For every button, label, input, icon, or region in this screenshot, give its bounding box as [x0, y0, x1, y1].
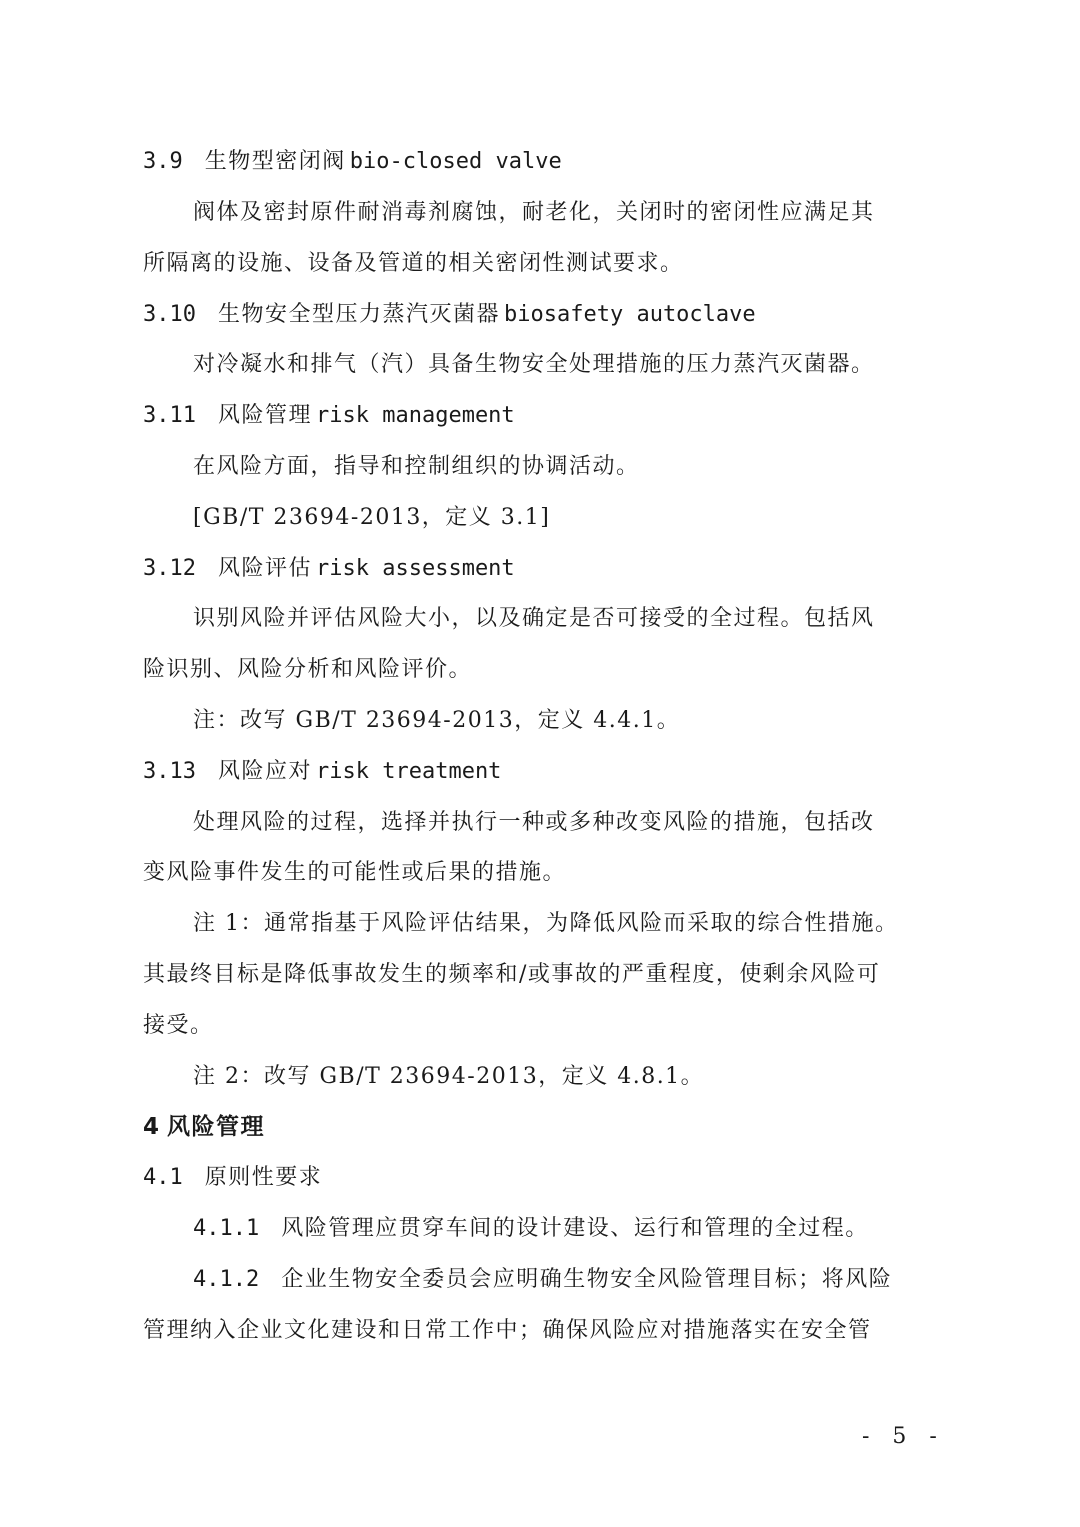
term-title-en: risk assessment: [316, 556, 515, 581]
subsection-number: 4.1: [143, 1163, 183, 1193]
term-heading-3-10: 3.10生物安全型压力蒸汽灭菌器biosafety autoclave: [143, 300, 943, 330]
note-line: 注 2：改写 GB/T 23694-2013，定义 4.8.1。: [193, 1062, 993, 1092]
paragraph-line: 所隔离的设施、设备及管道的相关密闭性测试要求。: [143, 249, 943, 279]
paragraph-line: 险识别、风险分析和风险评价。: [143, 655, 943, 685]
paragraph-line: 对冷凝水和排气（汽）具备生物安全处理措施的压力蒸汽灭菌器。: [193, 350, 993, 380]
subsection-heading: 4.1原则性要求: [143, 1163, 943, 1193]
note-line: 其最终目标是降低事故发生的频率和/或事故的严重程度，使剩余风险可: [143, 960, 943, 990]
note-line: 注 1：通常指基于风险评估结果，为降低风险而采取的综合性措施。: [193, 909, 993, 939]
term-title-zh: 生物型密闭阀: [205, 149, 346, 174]
term-title-zh: 风险应对: [218, 759, 312, 784]
clause-4-1-1: 4.1.1风险管理应贯穿车间的设计建设、运行和管理的全过程。: [193, 1214, 993, 1244]
term-number: 3.10: [143, 300, 196, 330]
paragraph-line: 管理纳入企业文化建设和日常工作中；确保风险应对措施落实在安全管: [143, 1316, 943, 1346]
term-title-zh: 生物安全型压力蒸汽灭菌器: [218, 302, 500, 327]
term-number: 3.9: [143, 147, 183, 177]
term-heading-3-11: 3.11风险管理risk management: [143, 401, 943, 431]
term-heading-3-13: 3.13风险应对risk treatment: [143, 757, 943, 787]
paragraph-line: 处理风险的过程，选择并执行一种或多种改变风险的措施，包括改: [193, 808, 993, 838]
subsection-title: 原则性要求: [205, 1165, 323, 1190]
term-title-en: bio-closed valve: [350, 149, 562, 174]
paragraph-line: 在风险方面，指导和控制组织的协调活动。: [193, 452, 993, 482]
reference-line: [GB/T 23694-2013，定义 3.1]: [193, 503, 993, 533]
note-line: 接受。: [143, 1011, 943, 1041]
clause-number: 4.1.1: [193, 1214, 259, 1244]
chapter-number: 4: [143, 1112, 159, 1142]
note-line: 注：改写 GB/T 23694-2013，定义 4.4.1。: [193, 706, 993, 736]
term-title-en: biosafety autoclave: [504, 302, 756, 327]
term-title-en: risk management: [316, 403, 515, 428]
paragraph-line: 阀体及密封原件耐消毒剂腐蚀，耐老化，关闭时的密闭性应满足其: [193, 198, 993, 228]
term-heading-3-9: 3.9生物型密闭阀bio-closed valve: [143, 147, 943, 177]
paragraph-line: 识别风险并评估风险大小，以及确定是否可接受的全过程。包括风: [193, 604, 993, 634]
term-title-zh: 风险评估: [218, 556, 312, 581]
paragraph-line: 变风险事件发生的可能性或后果的措施。: [143, 858, 943, 888]
term-number: 3.12: [143, 554, 196, 584]
clause-number: 4.1.2: [193, 1265, 259, 1295]
term-number: 3.11: [143, 401, 196, 431]
chapter-title: 风险管理: [167, 1114, 265, 1140]
clause-text: 风险管理应贯穿车间的设计建设、运行和管理的全过程。: [281, 1216, 869, 1241]
term-title-en: risk treatment: [316, 759, 501, 784]
chapter-heading: 4风险管理: [143, 1112, 943, 1142]
term-number: 3.13: [143, 757, 196, 787]
term-heading-3-12: 3.12风险评估risk assessment: [143, 554, 943, 584]
clause-4-1-2: 4.1.2企业生物安全委员会应明确生物安全风险管理目标；将风险: [193, 1265, 993, 1295]
clause-text: 企业生物安全委员会应明确生物安全风险管理目标；将风险: [281, 1267, 892, 1292]
document-page: 3.9生物型密闭阀bio-closed valve 阀体及密封原件耐消毒剂腐蚀，…: [0, 0, 1080, 1527]
term-title-zh: 风险管理: [218, 403, 312, 428]
page-number: - 5 -: [862, 1422, 945, 1452]
